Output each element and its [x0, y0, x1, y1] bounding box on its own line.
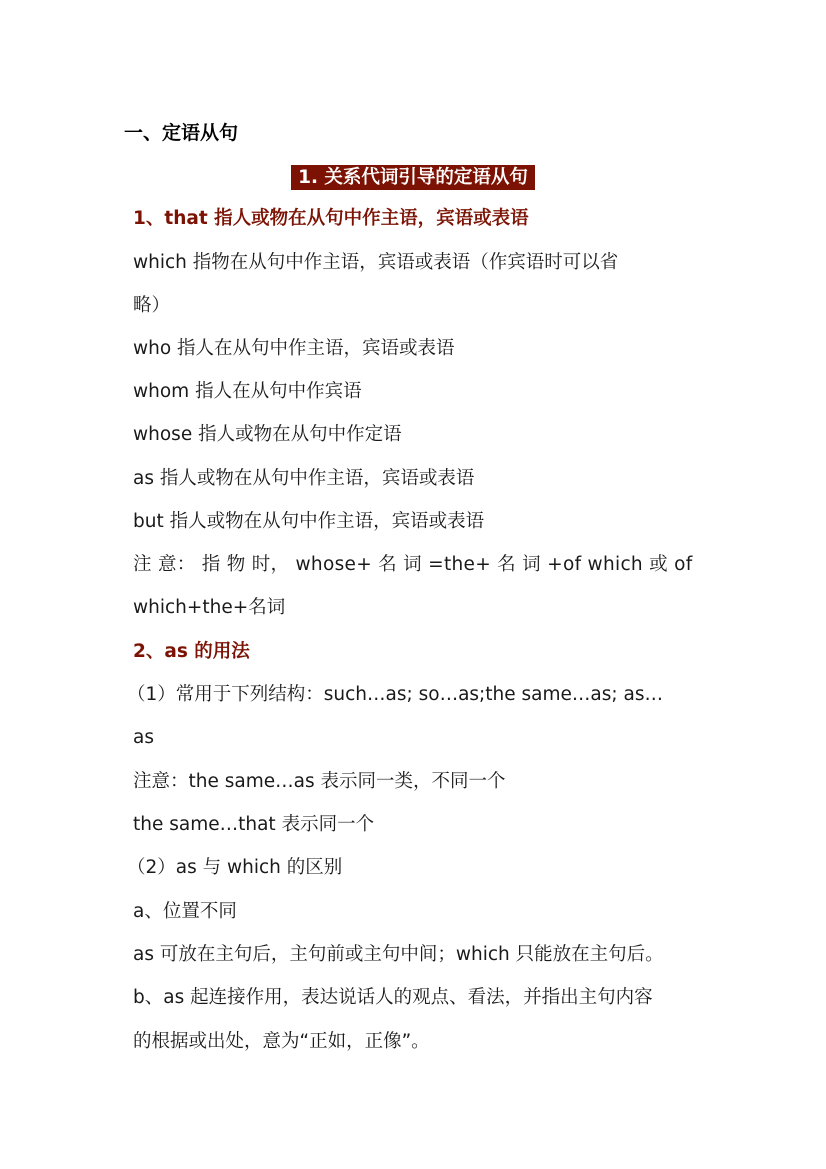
text-line-as-vs-which: （2）as 与 which 的区别	[127, 856, 342, 880]
document-page: 一、定语从句 1. 关系代词引导的定语从句 1、that 指人或物在从句中作主语…	[0, 0, 826, 1169]
text-line-note-whose: 注 意： 指 物 时， whose+ 名 词 =the+ 名 词 +of whi…	[133, 553, 693, 577]
text-line-whose: whose 指人或物在从句中作定语	[133, 423, 402, 447]
text-line-position-detail: as 可放在主句后，主句前或主句中间；which 只能放在主句后。	[133, 943, 664, 967]
text-line-note-same-as: 注意：the same…as 表示同一类，不同一个	[133, 770, 505, 794]
text-line-note-whose-cont: which+the+名词	[133, 596, 285, 620]
text-line-connect-function-cont: 的根据或出处，意为“正如，正像”。	[133, 1030, 430, 1054]
subsection-heading-that: 1、that 指人或物在从句中作主语，宾语或表语	[133, 207, 529, 231]
text-line-connect-function: b、as 起连接作用，表达说话人的观点、看法，并指出主句内容	[133, 986, 653, 1010]
text-line-which: which 指物在从句中作主语，宾语或表语（作宾语时可以省	[133, 251, 618, 275]
text-line-structures: （1）常用于下列结构：such…as; so…as;the same…as; a…	[127, 683, 663, 707]
text-line-structures-cont: as	[133, 726, 154, 750]
text-line-whom: whom 指人在从句中作宾语	[133, 380, 362, 404]
text-line-who: who 指人在从句中作主语，宾语或表语	[133, 337, 455, 361]
subsection-heading-as: 2、as 的用法	[133, 640, 250, 664]
text-line-but: but 指人或物在从句中作主语，宾语或表语	[133, 510, 484, 534]
section-title-banner: 1. 关系代词引导的定语从句	[291, 165, 535, 190]
text-line-position-diff: a、位置不同	[133, 900, 237, 924]
text-line-as: as 指人或物在从句中作主语，宾语或表语	[133, 467, 474, 491]
text-line-same-that: the same…that 表示同一个	[133, 813, 374, 837]
chapter-title: 一、定语从句	[124, 121, 238, 145]
text-line-which-cont: 略）	[133, 294, 170, 318]
